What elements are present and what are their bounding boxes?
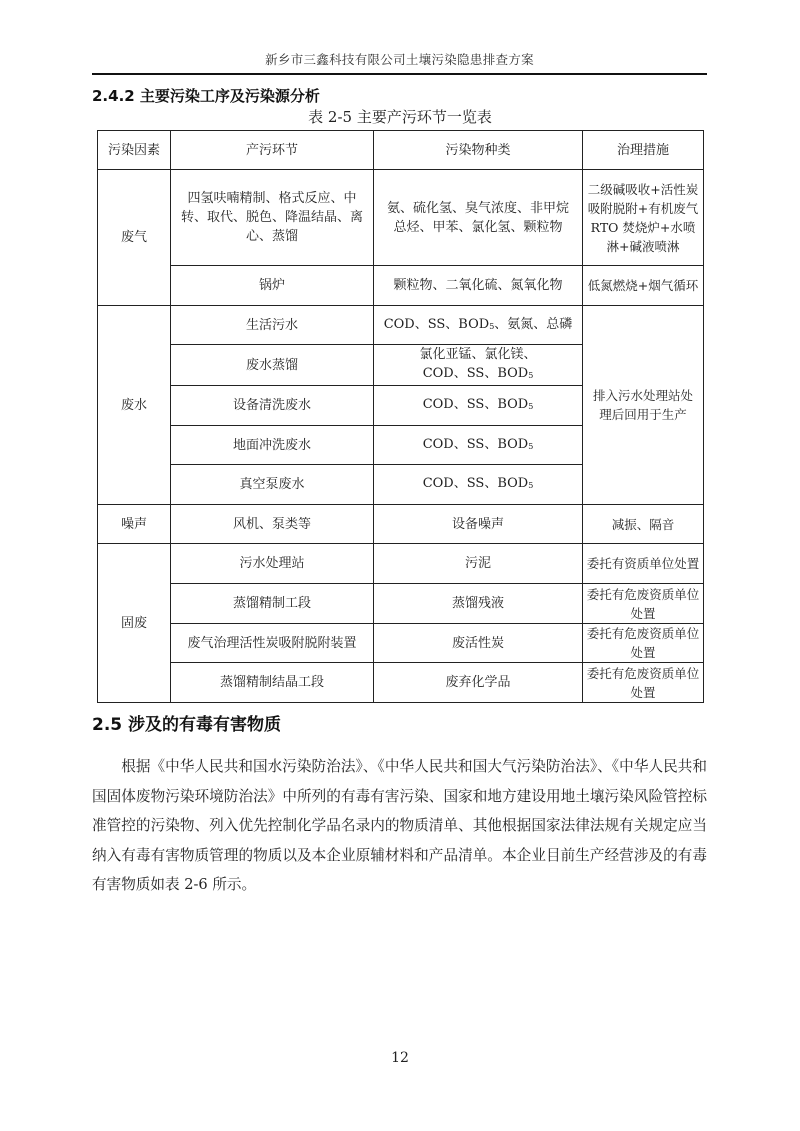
stage-cell: 锅炉 (171, 266, 374, 306)
factor-cell: 废水 (98, 306, 171, 505)
pollutants-cell: 蒸馏残液 (374, 584, 583, 624)
pollutants-text: COD、SS、BOD (423, 476, 529, 491)
body-paragraph-container: 根据《中华人民共和国水污染防治法》、《中华人民共和国大气污染防治法》、《中华人民… (92, 752, 707, 900)
pollutants-text: 、氨氮、总磷 (494, 317, 572, 332)
stage-cell: 四氢呋喃精制、格式反应、中转、取代、脱色、降温结晶、离心、蒸馏 (171, 170, 374, 266)
measure-cell: 低氮燃烧+烟气循环 (583, 266, 704, 306)
factor-cell: 固废 (98, 544, 171, 703)
running-header: 新乡市三鑫科技有限公司土壤污染隐患排查方案 (92, 50, 707, 68)
table-row: 废气 四氢呋喃精制、格式反应、中转、取代、脱色、降温结晶、离心、蒸馏 氨、硫化氢… (98, 170, 704, 266)
stage-cell: 风机、泵类等 (171, 505, 374, 544)
pollutants-cell: 氨、硫化氢、臭气浓度、非甲烷总烃、甲苯、氯化氢、颗粒物 (374, 170, 583, 266)
table-row: 锅炉 颗粒物、二氧化硫、氮氧化物 低氮燃烧+烟气循环 (98, 266, 704, 306)
subscript: 5 (528, 442, 533, 451)
pollutants-cell: 废弃化学品 (374, 663, 583, 703)
pollutants-text: 氯化亚锰、氯化镁、COD、SS、BOD (419, 347, 536, 381)
subscript: 5 (528, 371, 533, 380)
pollutants-cell: 污泥 (374, 544, 583, 584)
measure-cell: 排入污水处理站处理后回用于生产 (583, 306, 704, 505)
section-heading-2-4-2: 2.4.2 主要污染工序及污染源分析 (92, 85, 320, 106)
subscript: 5 (528, 481, 533, 490)
page-number: 12 (0, 1050, 800, 1066)
column-header: 污染因素 (98, 131, 171, 170)
stage-cell: 蒸馏精制工段 (171, 584, 374, 624)
pollutants-cell: COD、SS、BOD5 (374, 426, 583, 465)
pollutants-text: COD、SS、BOD (423, 437, 529, 452)
stage-cell: 污水处理站 (171, 544, 374, 584)
pollutants-text: COD、SS、BOD (384, 317, 490, 332)
table-row: 蒸馏精制工段 蒸馏残液 委托有危废资质单位处置 (98, 584, 704, 624)
column-header: 产污环节 (171, 131, 374, 170)
pollutants-text: COD、SS、BOD (423, 397, 529, 412)
body-paragraph: 根据《中华人民共和国水污染防治法》、《中华人民共和国大气污染防治法》、《中华人民… (92, 752, 707, 900)
table-row: 噪声 风机、泵类等 设备噪声 减振、隔音 (98, 505, 704, 544)
pollution-sources-table: 污染因素 产污环节 污染物种类 治理措施 废气 四氢呋喃精制、格式反应、中转、取… (97, 130, 704, 703)
stage-cell: 废气治理活性炭吸附脱附装置 (171, 624, 374, 663)
table-row: 固废 污水处理站 污泥 委托有资质单位处置 (98, 544, 704, 584)
table-header-row: 污染因素 产污环节 污染物种类 治理措施 (98, 131, 704, 170)
measure-cell: 委托有危废资质单位处置 (583, 584, 704, 624)
column-header: 污染物种类 (374, 131, 583, 170)
pollutants-cell: COD、SS、BOD5 (374, 386, 583, 426)
measure-cell: 委托有资质单位处置 (583, 544, 704, 584)
stage-cell: 蒸馏精制结晶工段 (171, 663, 374, 703)
measure-cell: 委托有危废资质单位处置 (583, 663, 704, 703)
pollutants-cell: 废活性炭 (374, 624, 583, 663)
stage-cell: 废水蒸馏 (171, 345, 374, 386)
stage-cell: 设备清洗废水 (171, 386, 374, 426)
stage-cell: 真空泵废水 (171, 465, 374, 505)
stage-cell: 地面冲洗废水 (171, 426, 374, 465)
table-row: 废气治理活性炭吸附脱附装置 废活性炭 委托有危废资质单位处置 (98, 624, 704, 663)
table-row: 废水 生活污水 COD、SS、BOD5、氨氮、总磷 排入污水处理站处理后回用于生… (98, 306, 704, 345)
column-header: 治理措施 (583, 131, 704, 170)
measure-cell: 二级碱吸收+活性炭吸附脱附+有机废气 RTO 焚烧炉+水喷淋+碱液喷淋 (583, 170, 704, 266)
header-rule (92, 73, 707, 75)
pollutants-cell: 设备噪声 (374, 505, 583, 544)
pollutants-cell: 氯化亚锰、氯化镁、COD、SS、BOD5 (374, 345, 583, 386)
section-heading-2-5: 2.5 涉及的有毒有害物质 (92, 710, 281, 735)
pollutants-cell: COD、SS、BOD5 (374, 465, 583, 505)
factor-cell: 废气 (98, 170, 171, 306)
measure-cell: 减振、隔音 (583, 505, 704, 544)
stage-cell: 生活污水 (171, 306, 374, 345)
table-caption: 表 2-5 主要产污环节一览表 (0, 106, 800, 127)
factor-cell: 噪声 (98, 505, 171, 544)
pollutants-cell: COD、SS、BOD5、氨氮、总磷 (374, 306, 583, 345)
measure-cell: 委托有危废资质单位处置 (583, 624, 704, 663)
pollutants-cell: 颗粒物、二氧化硫、氮氧化物 (374, 266, 583, 306)
subscript: 5 (528, 402, 533, 411)
table-row: 蒸馏精制结晶工段 废弃化学品 委托有危废资质单位处置 (98, 663, 704, 703)
